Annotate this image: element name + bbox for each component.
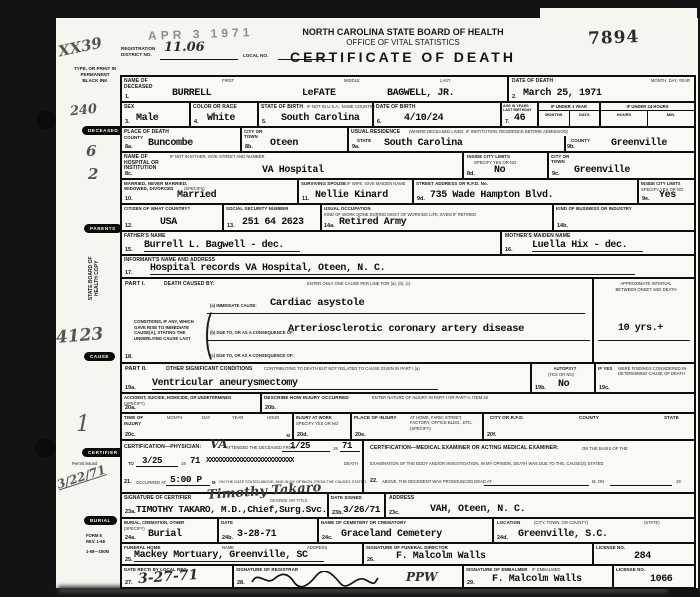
value-burial-type: Burial bbox=[148, 529, 182, 540]
item-num-9d: 9d. bbox=[417, 196, 425, 202]
section-tab-parents: PARENTS bbox=[84, 224, 122, 233]
under-24-hours-hours: HOURS bbox=[601, 111, 647, 126]
field-funeral-home: FUNERAL HOME NAME ADDRESS 25. Mackey Mor… bbox=[122, 544, 362, 564]
field-informant: INFORMANT'S NAME AND ADDRESS 17. Hospita… bbox=[122, 256, 694, 277]
item-num-6: 6. bbox=[377, 119, 382, 125]
field-accident-type: ACCIDENT, SUICIDE, HOMICIDE, OR UNDETERM… bbox=[122, 394, 260, 412]
field-place-of-injury: PLACE OF INJURY AT HOME, FARM, STREET, F… bbox=[350, 414, 482, 439]
burial-location-sub1: (CITY, TOWN, OR COUNTY) bbox=[534, 520, 588, 525]
section-tab-cause: CAUSE bbox=[84, 352, 115, 361]
part2-label: PART II. bbox=[125, 366, 147, 372]
under-1-year-months: MONTHS bbox=[539, 111, 569, 126]
race-label: COLOR OR RACE bbox=[193, 104, 237, 110]
field-hospital: NAME OF HOSPITAL OR INSTITUTION IF NOT I… bbox=[122, 153, 462, 178]
value-sex: Male bbox=[136, 113, 158, 124]
value-certifier-address: VAH, Oteen, N. C. bbox=[430, 504, 525, 515]
value-last-name: BAGWELL, JR. bbox=[387, 88, 454, 99]
street-label: STREET ADDRESS OR R.F.D. No. bbox=[416, 181, 488, 186]
item-num-25: 25. bbox=[125, 557, 133, 563]
age-label: AGE IN YEARS LAST BIRTHDAY bbox=[503, 104, 537, 113]
part2-other-conditions: PART II. OTHER SIGNIFICANT CONDITIONS CO… bbox=[122, 364, 530, 392]
part1-cause-of-death: PART I. DEATH CAUSED BY: ENTER ONLY ONE … bbox=[122, 279, 592, 362]
part1-label: PART I. bbox=[125, 281, 145, 287]
item-num-13: 13. bbox=[227, 223, 235, 229]
value-time-of-death: 5:00 P bbox=[170, 474, 202, 485]
value-father: Burrell L. Bagwell - dec. bbox=[144, 240, 300, 252]
field-industry: KIND OF BUSINESS OR INDUSTRY 14b. bbox=[552, 205, 694, 230]
field-residence-city-limits: INSIDE CITY LIMITS SPECIFY YES OR NO 9e.… bbox=[637, 180, 694, 203]
m-label: M bbox=[212, 480, 216, 485]
hospital-sub: IF NOT IN EITHER, GIVE STREET AND NUMBER bbox=[170, 154, 265, 159]
section-tab-certifier: CERTIFIER bbox=[82, 448, 124, 457]
item-num-24d: 24d. bbox=[497, 535, 508, 541]
item-num-2: 2. bbox=[512, 94, 517, 100]
interval-label1: APPROXIMATE INTERVAL bbox=[600, 281, 692, 286]
value-embalmer: F. Malcolm Walls bbox=[492, 574, 582, 585]
item-num-17: 17. bbox=[125, 270, 133, 276]
value-autopsy: No bbox=[558, 379, 569, 390]
sublabel-day: DAY bbox=[202, 415, 210, 420]
field-date-of-birth: DATE OF BIRTH 6. 4/10/24 bbox=[372, 103, 500, 126]
under-24-hours-min: MIN. bbox=[647, 111, 694, 126]
item-num-7: 7. bbox=[505, 119, 510, 125]
section-tab-burial: BURIAL bbox=[84, 516, 117, 525]
field-usual-residence: USUAL RESIDENCE (WHERE DECEASED LIVED. I… bbox=[347, 128, 694, 151]
conditions-note: CONDITIONS, IF ANY, WHICH GAVE RISE TO I… bbox=[134, 319, 206, 341]
part2-note: CONTRIBUTING TO DEATH BUT NOT RELATED TO… bbox=[264, 366, 420, 371]
hospital-limits-label: INSIDE CITY LIMITS bbox=[467, 154, 510, 159]
handwritten-date-received: 3-27-71 bbox=[138, 567, 199, 587]
item-num-8a: 8a. bbox=[125, 144, 133, 150]
value-middle-name: LeFATE bbox=[302, 88, 336, 99]
field-residence-city: CITY OR TOWN 9c. Greenville bbox=[547, 153, 694, 178]
margin-handwriting-6: 6 bbox=[86, 142, 96, 160]
field-certifier-address: ADDRESS 23c. VAH, Oteen, N. C. bbox=[384, 494, 694, 517]
field-age: AGE IN YEARS LAST BIRTHDAY 7. 46 bbox=[500, 103, 537, 126]
place-of-injury-sub: AT HOME, FARM, STREET, FACTORY, OFFICE B… bbox=[410, 415, 480, 431]
value-immediate-cause: Cardiac asystole bbox=[270, 297, 364, 309]
item-num-9e: 9e. bbox=[642, 196, 650, 202]
item-num-28: 28. bbox=[237, 580, 245, 586]
field-embalmer-license: LICENSE NO. 1066 bbox=[612, 566, 694, 587]
field-time-of-injury: TIME OF INJURY MONTH DAY YEAR HOUR 20c. … bbox=[122, 414, 292, 439]
item-num-18: 18. bbox=[125, 354, 133, 360]
medex-m-on: M, ON bbox=[592, 479, 604, 484]
item-num-27: 27. bbox=[125, 580, 133, 586]
item-num-9a: 9a. bbox=[352, 144, 360, 150]
time-injury-label2: INJURY bbox=[124, 421, 141, 426]
certificate-number: 7894 bbox=[588, 27, 640, 49]
name-label2: DECEASED bbox=[124, 84, 153, 90]
field-ssn: SOCIAL SECURITY NUMBER 13. 251 64 2623 bbox=[222, 205, 320, 230]
occurred-at-label: OCCURRED AT bbox=[136, 480, 166, 485]
hospital-limits-sub: SPECIFY YES OR NO bbox=[474, 160, 516, 165]
registration-district-label1: REGISTRATION bbox=[121, 46, 155, 51]
item-num-19b: 19b. bbox=[535, 385, 546, 391]
item-num-14a: 14a. bbox=[324, 223, 335, 229]
residence-label: USUAL RESIDENCE bbox=[351, 129, 400, 135]
citizen-label: CITIZEN OF WHAT COUNTRY? bbox=[124, 206, 190, 211]
value-age: 46 bbox=[514, 113, 525, 124]
value-attended-from-year: 71 bbox=[342, 441, 352, 451]
item-num-12: 12. bbox=[125, 223, 133, 229]
form-title: CERTIFICATE OF DEATH bbox=[283, 49, 523, 65]
field-burial-type: BURIAL, CREMATION, OTHER (SPECIFY) 24a. … bbox=[122, 519, 217, 542]
item-num-23b: 23b. bbox=[332, 510, 343, 516]
handwritten-initials-ppw: PPW bbox=[406, 570, 438, 584]
value-underlying-cause: Arteriosclerotic coronary artery disease bbox=[288, 323, 524, 335]
hole-punch-top bbox=[36, 111, 56, 129]
burial-type-sub: (SPECIFY) bbox=[124, 526, 145, 531]
accident-label: ACCIDENT, SUICIDE, HOMICIDE, OR UNDETERM… bbox=[124, 395, 254, 400]
death-word: DEATH bbox=[344, 461, 358, 466]
value-date-of-birth: 4/10/24 bbox=[404, 113, 443, 124]
value-hospital: VA Hospital bbox=[262, 165, 324, 176]
place-of-injury-label: PLACE OF INJURY bbox=[354, 415, 397, 420]
registration-district-label2: DISTRICT NO. bbox=[121, 52, 152, 57]
field-approximate-interval: APPROXIMATE INTERVAL BETWEEN ONSET AND D… bbox=[592, 279, 694, 362]
injury-state-label: STATE bbox=[664, 415, 679, 420]
cemetery-label: NAME OF CEMETERY OR CREMATORY bbox=[321, 520, 406, 525]
spouse-label: SURVIVING SPOUSE bbox=[301, 181, 346, 186]
item-num-8b: 8b. bbox=[245, 144, 253, 150]
item-num-29: 29. bbox=[467, 580, 475, 586]
field-street-address: STREET ADDRESS OR R.F.D. No. 9d. 735 Wad… bbox=[412, 180, 637, 203]
value-date-of-death: March 25, 1971 bbox=[523, 88, 601, 99]
item-num-23c: 23c. bbox=[389, 510, 400, 516]
field-injury-at-work: INJURY AT WORK SPECIFY YES OR NO 20d. bbox=[292, 414, 350, 439]
residence-state-label: STATE bbox=[357, 138, 371, 143]
field-cemetery: NAME OF CEMETERY OR CREMATORY 24c. Grace… bbox=[317, 519, 492, 542]
item-num-5: 5. bbox=[262, 119, 267, 125]
item-num-11: 11. bbox=[302, 196, 309, 202]
field-autopsy: AUTOPSY? (YES OR NO) 19b. No bbox=[530, 364, 594, 392]
occupation-label: USUAL OCCUPATION bbox=[324, 206, 371, 211]
local-no-label: LOCAL NO. bbox=[243, 53, 268, 58]
value-residence-limits: Yes bbox=[659, 190, 676, 201]
print-instruction-line1: TYPE, OR PRINT IN bbox=[70, 66, 120, 71]
embalmer-license-label: LICENSE NO. bbox=[616, 567, 645, 572]
sublabel-last: LAST bbox=[440, 78, 450, 83]
date-signed-label: DATE SIGNED bbox=[331, 495, 362, 500]
field-date-signed: DATE SIGNED 23b. 3/26/71 bbox=[327, 494, 384, 517]
immediate-cause-label: (a) IMMEDIATE CAUSE: bbox=[210, 303, 257, 308]
field-registrar-signature: SIGNATURE OF REGISTRAR 28. PPW bbox=[232, 566, 462, 587]
under-1-year-label: IF UNDER 1 YEAR bbox=[539, 103, 599, 111]
injury-at-work-sub: SPECIFY YES OR NO bbox=[296, 421, 338, 426]
medex-body: EXAMINATION OF THE BODY AND/OR INVESTIGA… bbox=[370, 461, 604, 466]
item-num-20e: 20e. bbox=[355, 432, 366, 438]
autopsy-label: AUTOPSY? bbox=[540, 366, 590, 371]
value-spouse: Nellie Kinard bbox=[315, 190, 388, 201]
interval-label2: BETWEEN ONSET AND DEATH bbox=[600, 287, 692, 292]
director-license-label: LICENSE NO. bbox=[596, 545, 625, 550]
item-num-24b: 24b. bbox=[222, 535, 233, 541]
due-to-label-c: (c) DUE TO, OR AS A CONSEQUENCE OF: bbox=[210, 353, 294, 358]
certification-medical-examiner: CERTIFICATION—MEDICAL EXAMINER OR ACTING… bbox=[362, 441, 694, 492]
field-color-or-race: COLOR OR RACE 4. White bbox=[189, 103, 257, 126]
margin-handwriting-1: 1 bbox=[76, 412, 90, 437]
item-num-20c: 20c. bbox=[125, 432, 136, 438]
sublabel-month: MONTH bbox=[167, 415, 182, 420]
field-injury-location: CITY OR R.F.D. COUNTY STATE 20f. bbox=[482, 414, 694, 439]
value-interval: 10 yrs.+ bbox=[618, 323, 663, 334]
item-num-20b: 20b. bbox=[265, 405, 276, 411]
value-director: F. Malcolm Walls bbox=[396, 551, 486, 562]
field-marital-status: MARRIED, NEVER MARRIED, WIDOWED, DIVORCE… bbox=[122, 180, 297, 203]
burial-date-label: DATE bbox=[221, 520, 233, 525]
item-num-10: 10. bbox=[125, 196, 133, 202]
field-surviving-spouse: SURVIVING SPOUSE IF WIFE, GIVE MAIDEN NA… bbox=[297, 180, 412, 203]
item-num-21: 21. bbox=[124, 479, 132, 485]
date-of-birth-label: DATE OF BIRTH bbox=[376, 104, 416, 110]
value-residence-county: Greenville bbox=[611, 138, 667, 149]
sublabel-hour: HOUR bbox=[267, 415, 279, 420]
field-occupation: USUAL OCCUPATION KIND OF WORK DONE DURIN… bbox=[320, 205, 552, 230]
certification-physician: CERTIFICATION—PHYSICIAN: VA ATTENDED THE… bbox=[122, 441, 362, 492]
state-of-birth-sub: IF NOT IN U.S.A., NAME COUNTRY bbox=[307, 104, 375, 109]
item-num-22: 22. bbox=[370, 478, 378, 484]
director-label: SIGNATURE OF FUNERAL DIRECTOR bbox=[366, 545, 448, 550]
burial-type-label: BURIAL, CREMATION, OTHER bbox=[124, 520, 212, 525]
item-num-9c: 9c. bbox=[552, 171, 560, 177]
degree-or-title-label: DEGREE OR TITLE bbox=[270, 498, 308, 503]
item-num-20d: 20d. bbox=[297, 432, 308, 438]
handwritten-va: VA bbox=[210, 437, 228, 451]
value-attended-to-year: 71 bbox=[190, 456, 200, 466]
field-date-of-death: DATE OF DEATH MONTH, DAY, YEAR 2. March … bbox=[507, 77, 694, 101]
industry-label: KIND OF BUSINESS OR INDUSTRY bbox=[556, 206, 632, 211]
date-of-death-label: DATE OF DEATH bbox=[512, 78, 553, 84]
field-place-of-death-county: PLACE OF DEATH COUNTY 8a. Buncombe bbox=[122, 128, 240, 151]
part2-title: OTHER SIGNIFICANT CONDITIONS bbox=[166, 366, 252, 372]
injury-city-label: CITY OR R.F.D. bbox=[490, 415, 524, 420]
residence-sub: (WHERE DECEASED LIVED. IF INSTITUTION, R… bbox=[409, 129, 568, 134]
value-pod-county: Buncombe bbox=[148, 138, 193, 149]
item-num-19a: 19a. bbox=[125, 385, 136, 391]
ssn-label: SOCIAL SECURITY NUMBER bbox=[226, 206, 289, 211]
how-injury-sub: ENTER NATURE OF INJURY IN PART I OR PART… bbox=[372, 395, 488, 400]
value-director-license: 284 bbox=[634, 551, 651, 562]
certifier-signature-label: SIGNATURE OF CERTIFIER bbox=[124, 495, 191, 501]
medex-19: 19 bbox=[676, 479, 681, 484]
father-label: FATHER'S NAME bbox=[124, 233, 166, 239]
field-place-of-death-city: CITY OR TOWN 8b. Oteen bbox=[240, 128, 347, 151]
value-ssn: 251 64 2623 bbox=[242, 217, 304, 228]
marital-label2: WIDOWED, DIVORCED bbox=[124, 186, 174, 191]
value-burial-location: Greenville, S.C. bbox=[518, 529, 608, 540]
time-m-label: M bbox=[287, 433, 291, 438]
autopsy-sub: (YES OR NO) bbox=[548, 372, 574, 377]
field-embalmer-signature: SIGNATURE OF EMBALMER IF EMBALMED 29. F.… bbox=[462, 566, 612, 587]
mother-label: MOTHER'S MAIDEN NAME bbox=[505, 233, 570, 239]
item-num-8c: 8c. bbox=[125, 171, 133, 177]
item-num-1: 1. bbox=[125, 94, 130, 100]
item-num-24c: 24c. bbox=[322, 535, 333, 541]
part1-note: ENTER ONLY ONE CAUSE PER LINE FOR (a), (… bbox=[307, 281, 410, 286]
value-residence-state: South Carolina bbox=[384, 138, 462, 149]
residence-city-label2: TOWN bbox=[551, 159, 565, 164]
item-num-23a: 23a. bbox=[125, 509, 136, 515]
field-sex: SEX 3. Male bbox=[122, 103, 189, 126]
scanned-death-certificate: XX39 TYPE, OR PRINT IN PERMANENT BLACK I… bbox=[0, 0, 700, 597]
value-cemetery: Graceland Cemetery bbox=[341, 529, 442, 540]
form-header: NORTH CAROLINA STATE BOARD OF HEALTH OFF… bbox=[283, 27, 523, 65]
certifier-address-label: ADDRESS bbox=[389, 495, 414, 501]
item-num-24a: 24a. bbox=[125, 535, 136, 541]
to-label: TO bbox=[128, 461, 134, 466]
medex-sub: ON THE BASIS OF THE bbox=[582, 446, 628, 451]
margin-handwriting-2: 2 bbox=[88, 165, 98, 183]
org-name-line1: NORTH CAROLINA STATE BOARD OF HEALTH bbox=[283, 27, 523, 37]
hole-punch-bottom bbox=[35, 439, 55, 457]
print-instruction-line2: PERMANENT bbox=[70, 72, 120, 77]
attended-label: ATTENDED THE DECEASED FROM bbox=[226, 445, 295, 450]
burial-location-sub2: (STATE) bbox=[644, 520, 660, 525]
label-19-b: 19 bbox=[181, 461, 186, 466]
findings-label: IF YES bbox=[598, 366, 612, 371]
field-date-received: DATE REC'D BY LOCAL REG. 27. 3-27-71 bbox=[122, 566, 232, 587]
medex-tail: ABOVE. THE DECEDENT WAS PRONOUNCED DEAD … bbox=[382, 479, 492, 484]
field-burial-location: LOCATION (CITY, TOWN, OR COUNTY) (STATE)… bbox=[492, 519, 694, 542]
value-certifier-name: TIMOTHY TAKARO, M.D.,Chief,Surg.Svc. bbox=[136, 504, 327, 515]
item-num-20a: 20a. bbox=[125, 405, 136, 411]
registrar-signature-scrawl bbox=[250, 571, 380, 587]
field-how-injury-occurred: DESCRIBE HOW INJURY OCCURRED ENTER NATUR… bbox=[260, 394, 694, 412]
under-24-hours-label: IF UNDER 24 HOURS bbox=[601, 103, 694, 111]
value-residence-city: Greenville bbox=[574, 165, 630, 176]
state-board-copy-label: STATE BOARD OF HEALTH COPY bbox=[88, 246, 101, 310]
value-race: White bbox=[207, 113, 235, 124]
value-embalmer-license: 1066 bbox=[650, 574, 672, 585]
residence-limits-label: INSIDE CITY LIMITS bbox=[641, 181, 693, 186]
item-num-15: 15. bbox=[125, 247, 133, 253]
sublabel-year: YEAR bbox=[232, 415, 243, 420]
value-attended-from: 1/25 bbox=[290, 441, 310, 451]
item-num-16: 16. bbox=[505, 247, 513, 253]
under-1-year-days: DAYS bbox=[569, 111, 600, 126]
item-num-14b: 14b. bbox=[557, 223, 568, 229]
findings-note: WERE FINDINGS CONSIDERED IN DETERMINING … bbox=[618, 366, 692, 377]
item-num-8d: 8d. bbox=[467, 171, 475, 177]
field-father-name: FATHER'S NAME 15. Burrell L. Bagwell - d… bbox=[122, 232, 500, 254]
death-caused-by-label: DEATH CAUSED BY: bbox=[164, 281, 215, 287]
field-mother-name: MOTHER'S MAIDEN NAME 16. Luella Hix - de… bbox=[500, 232, 694, 254]
value-street: 735 Wade Hampton Blvd. bbox=[430, 190, 553, 201]
sublabel-first: FIRST bbox=[222, 78, 234, 83]
section-tab-deceased: DECEASED bbox=[82, 126, 124, 135]
print-instruction-line3: BLACK INK bbox=[70, 78, 120, 83]
registration-district-value: 11.06 bbox=[164, 40, 205, 55]
field-signature-of-certifier: SIGNATURE OF CERTIFIER Timothy Takaro DE… bbox=[122, 494, 327, 517]
field-hospital-city-limits: INSIDE CITY LIMITS SPECIFY YES OR NO 8d.… bbox=[462, 153, 547, 178]
pod-city-label2: TOWN bbox=[244, 134, 258, 139]
residence-county-label: COUNTY bbox=[571, 138, 590, 143]
item-num-26: 26. bbox=[367, 557, 375, 563]
physician-cert-title: CERTIFICATION—PHYSICIAN: bbox=[124, 444, 201, 450]
form-print-code: 1-68—150M bbox=[86, 549, 109, 554]
how-injury-label: DESCRIBE HOW INJURY OCCURRED bbox=[264, 395, 349, 400]
item-num-3: 3. bbox=[125, 119, 130, 125]
field-name-of-deceased: NAME OF DECEASED FIRST MIDDLE LAST 1. BU… bbox=[122, 77, 507, 101]
margin-handwriting-240: 240 bbox=[69, 102, 98, 120]
item-num-4: 4. bbox=[194, 119, 199, 125]
due-to-label-b: (b) DUE TO, OR AS A CONSEQUENCE OF: bbox=[210, 330, 294, 335]
value-date-signed: 3/26/71 bbox=[343, 504, 380, 515]
field-director-license: LICENSE NO. 284 bbox=[592, 544, 694, 564]
spouse-sub: IF WIFE, GIVE MAIDEN NAME bbox=[347, 181, 405, 186]
typed-strikeout-xs: XXXXXXXXXXXXXXXXXXXXXXXXX bbox=[206, 457, 294, 465]
injury-county-label: COUNTY bbox=[579, 415, 599, 420]
certificate-form: NAME OF DECEASED FIRST MIDDLE LAST 1. BU… bbox=[120, 75, 696, 589]
margin-handwriting-4123: 4123 bbox=[55, 324, 104, 348]
pod-county-label: COUNTY bbox=[124, 135, 143, 140]
value-funeral-home: Mackey Mortuary, Greenville, SC bbox=[134, 550, 324, 562]
value-first-name: BURRELL bbox=[172, 88, 211, 99]
field-if-under-1-year: IF UNDER 1 YEAR MONTHS DAYS bbox=[537, 103, 599, 126]
value-mother: Luella Hix - dec. bbox=[532, 240, 643, 252]
state-of-birth-label: STATE OF BIRTH bbox=[261, 104, 303, 110]
field-citizen: CITIZEN OF WHAT COUNTRY? 12. USA bbox=[122, 205, 222, 230]
field-funeral-director: SIGNATURE OF FUNERAL DIRECTOR 26. F. Mal… bbox=[362, 544, 592, 564]
burial-location-label: LOCATION bbox=[497, 520, 520, 525]
field-if-under-24-hours: IF UNDER 24 HOURS HOURS MIN. bbox=[599, 103, 694, 126]
time-injury-label1: TIME OF bbox=[124, 415, 143, 420]
value-informant: Hospital records VA Hospital, Oteen, N. … bbox=[150, 263, 635, 275]
date-of-death-sub: MONTH, DAY, YEAR bbox=[651, 78, 690, 83]
item-num-19c: 19c. bbox=[599, 385, 610, 391]
value-burial-date: 3-28-71 bbox=[237, 529, 276, 540]
field-autopsy-findings: IF YES WERE FINDINGS CONSIDERED IN DETER… bbox=[594, 364, 694, 392]
value-attended-to: 3/25 bbox=[142, 456, 162, 466]
form-number-line1: FORM 8 bbox=[86, 533, 102, 538]
medex-title: CERTIFICATION—MEDICAL EXAMINER OR ACTING… bbox=[370, 445, 559, 451]
value-citizen: USA bbox=[160, 217, 177, 228]
item-num-9b: 9b. bbox=[567, 144, 575, 150]
injury-at-work-label: INJURY AT WORK bbox=[296, 415, 348, 420]
sex-label: SEX bbox=[124, 104, 134, 110]
item-num-20f: 20f. bbox=[487, 432, 496, 438]
value-pod-city: Oteen bbox=[270, 138, 298, 149]
value-state-of-birth: South Carolina bbox=[281, 113, 359, 124]
label-19-a: 19 bbox=[333, 446, 338, 451]
value-other-conditions: Ventricular aneurysmectomy bbox=[152, 378, 438, 390]
value-hospital-limits: No bbox=[494, 165, 505, 176]
value-marital: Married bbox=[177, 190, 216, 201]
field-burial-date: DATE 24b. 3-28-71 bbox=[217, 519, 317, 542]
occupation-sub: KIND OF WORK DONE DURING MOST OF WORKING… bbox=[324, 212, 484, 217]
field-state-of-birth: STATE OF BIRTH IF NOT IN U.S.A., NAME CO… bbox=[257, 103, 372, 126]
sublabel-middle: MIDDLE bbox=[344, 78, 360, 83]
org-name-line2: OFFICE OF VITAL STATISTICS bbox=[283, 38, 523, 47]
embalmer-sub: IF EMBALMED bbox=[532, 567, 560, 572]
embalmer-label: SIGNATURE OF EMBALMER bbox=[466, 567, 528, 572]
value-occupation: Retired Army bbox=[339, 217, 406, 228]
form-number-line2: REV. 1-68 bbox=[86, 539, 105, 544]
